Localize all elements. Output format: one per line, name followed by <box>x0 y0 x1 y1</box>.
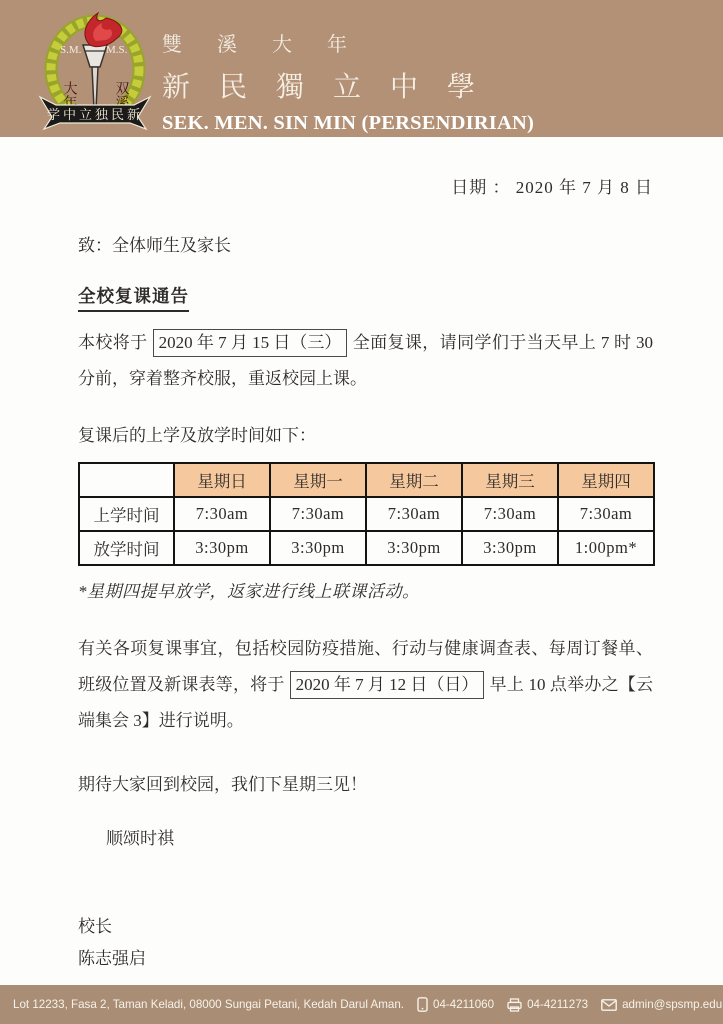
fax-item: 04-4211273 <box>507 998 588 1012</box>
email-address: admin@spsmp.edu.my <box>622 998 723 1011</box>
signoff-block: 校长 陈志强启 <box>78 911 653 974</box>
cell-value: 7:30am <box>558 497 654 531</box>
header-band: S.M. M.S. 大年 双溪 学中立独民新 雙 溪 大 年 新 民 獨 立 中… <box>0 0 723 137</box>
paragraph-briefing: 有关各项复课事宜，包括校园防疫措施、行动与健康调查表、每周订餐单、班级位置及新课… <box>78 631 653 739</box>
school-name-en: SEK. MEN. SIN MIN (PERSENDIRIAN) <box>162 112 534 135</box>
notice-title: 全校复课通告 <box>78 283 653 312</box>
signoff-role: 校长 <box>78 911 653 942</box>
schedule-intro: 复课后的上学及放学时间如下： <box>78 421 653 446</box>
phone-number: 04-4211060 <box>433 998 494 1011</box>
thursday-footnote: *星期四提早放学，返家进行线上联课活动。 <box>78 577 653 602</box>
table-row-dismissal-time: 放学时间 3:30pm 3:30pm 3:30pm 3:30pm 1:00pm* <box>79 531 654 565</box>
footer-band: Lot 12233, Fasa 2, Taman Keladi, 08000 S… <box>0 985 723 1024</box>
school-address: Lot 12233, Fasa 2, Taman Keladi, 08000 S… <box>13 998 404 1011</box>
para1-before: 本校将于 <box>78 333 148 352</box>
col-header-sunday: 星期日 <box>174 463 270 497</box>
recipient-line: 致：全体师生及家长 <box>78 231 653 256</box>
col-header-thursday: 星期四 <box>558 463 654 497</box>
col-header-wednesday: 星期三 <box>462 463 558 497</box>
col-header-monday: 星期一 <box>270 463 366 497</box>
cell-value: 7:30am <box>366 497 462 531</box>
email-icon <box>601 999 617 1011</box>
fax-number: 04-4211273 <box>527 998 588 1011</box>
email-item: admin@spsmp.edu.my <box>601 998 723 1011</box>
logo-abbr-left: S.M. <box>60 44 82 56</box>
notice-title-text: 全校复课通告 <box>78 283 189 312</box>
letter-body: 日期 ： 2020 年 7 月 8 日 致：全体师生及家长 全校复课通告 本校将… <box>0 137 723 985</box>
cell-value: 3:30pm <box>462 531 558 565</box>
school-name-cn-line2: 新 民 獨 立 中 學 <box>162 65 534 105</box>
school-names: 雙 溪 大 年 新 民 獨 立 中 學 SEK. MEN. SIN MIN (P… <box>162 28 534 135</box>
cell-value: 7:30am <box>270 497 366 531</box>
date-line: 日期 ： 2020 年 7 月 8 日 <box>78 173 653 198</box>
cell-value: 3:30pm <box>366 531 462 565</box>
school-name-cn-line1: 雙 溪 大 年 <box>162 28 534 57</box>
logo-banner-text: 学中立独民新 <box>47 107 143 122</box>
letter-page: S.M. M.S. 大年 双溪 学中立独民新 雙 溪 大 年 新 民 獨 立 中… <box>0 0 723 1024</box>
cell-value: 1:00pm* <box>558 531 654 565</box>
regards-line: 顺颂时祺 <box>78 824 653 849</box>
cell-value: 3:30pm <box>174 531 270 565</box>
corner-cell <box>79 463 174 497</box>
school-logo: S.M. M.S. 大年 双溪 学中立独民新 <box>36 5 154 133</box>
signoff-name: 陈志强启 <box>78 943 653 974</box>
paragraph-reopen: 本校将于2020 年 7 月 15 日（三）全面复课，请同学们于当天早上 7 时… <box>78 325 653 397</box>
logo-abbr-right: M.S. <box>106 44 128 56</box>
phone-icon <box>417 997 428 1012</box>
row-label: 放学时间 <box>79 531 174 565</box>
reopen-date-boxed: 2020 年 7 月 15 日（三） <box>153 329 348 357</box>
school-crest-icon: S.M. M.S. 大年 双溪 学中立独民新 <box>36 5 154 133</box>
cell-value: 7:30am <box>462 497 558 531</box>
briefing-date-boxed: 2020 年 7 月 12 日（日） <box>290 671 485 699</box>
cell-value: 3:30pm <box>270 531 366 565</box>
phone-item: 04-4211060 <box>417 997 494 1012</box>
fax-icon <box>507 998 522 1012</box>
row-label: 上学时间 <box>79 497 174 531</box>
table-row-start-time: 上学时间 7:30am 7:30am 7:30am 7:30am 7:30am <box>79 497 654 531</box>
cell-value: 7:30am <box>174 497 270 531</box>
table-header-row: 星期日 星期一 星期二 星期三 星期四 <box>79 463 654 497</box>
col-header-tuesday: 星期二 <box>366 463 462 497</box>
schedule-table: 星期日 星期一 星期二 星期三 星期四 上学时间 7:30am 7:30am 7… <box>78 462 655 566</box>
closing-line: 期待大家回到校园，我们下星期三见！ <box>78 770 653 795</box>
